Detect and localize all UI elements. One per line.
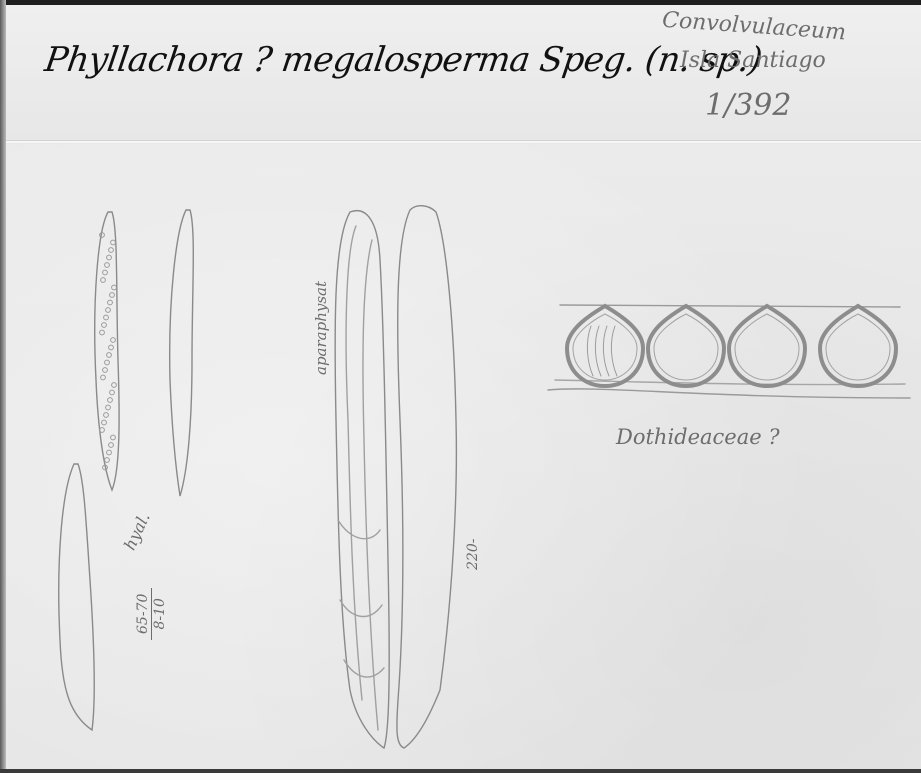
- ascus-left: [335, 211, 389, 748]
- spore-width: 8-10: [152, 588, 168, 640]
- spore-length: 65-70: [135, 588, 152, 640]
- perithecia-section: [548, 305, 910, 398]
- pencil-drawings: [0, 0, 921, 773]
- spore-size: 65-70 8-10: [135, 588, 168, 640]
- family-label: Dothideaceae ?: [616, 425, 780, 449]
- ascus-size: 220-: [465, 539, 481, 570]
- spore-granular: [95, 212, 119, 490]
- spore-lower: [59, 464, 94, 730]
- ascus-right: [397, 206, 456, 748]
- spore-smooth: [170, 210, 194, 496]
- aparaphysate-note: aparaphysat: [312, 281, 330, 375]
